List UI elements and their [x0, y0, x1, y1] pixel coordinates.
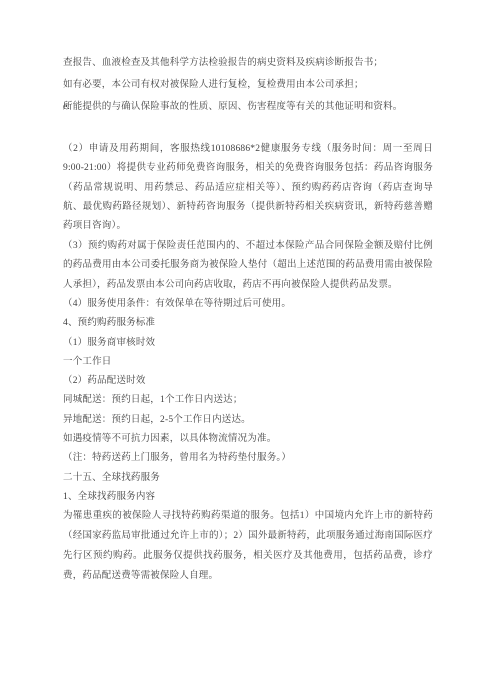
continuation-line-1: 查报告、血液检查及其他科学方法检验报告的病史资料及疾病诊断报告书；: [63, 52, 433, 74]
paragraph-global-drug-search-body: 为罹患重疾的被保险人寻找特药购药渠道的服务。包括1）中国境内允许上市的新特药（经…: [63, 507, 433, 586]
service-standard-line-same-city-delivery: 同城配送：预约日起，1个工作日内送达；: [63, 391, 433, 410]
service-standard-line-review-time: （1）服务商审核时效: [63, 334, 433, 353]
list-item-e-marker: e.: [63, 96, 70, 118]
continuation-line-2: 如有必要，本公司有权对被保险人进行复检，复检费用由本公司承担；: [63, 74, 433, 96]
heading-global-drug-search-service: 二十五、全球找药服务: [63, 469, 433, 488]
list-item-e: e. 所能提供的与确认保险事故的性质、原因、伤害程度等有关的其他证明和资料。: [63, 96, 433, 140]
heading-reserved-drug-purchase-standard: 4、预约购药服务标准: [63, 314, 433, 333]
paragraph-item-4-usage-condition: （4）服务使用条件：有效保单在等待期过后可使用。: [63, 295, 433, 314]
service-standard-line-delivery-time: （2）药品配送时效: [63, 372, 433, 391]
service-standard-line-force-majeure: 如遇疫情等不可抗力因素，以具体物流情况为准。: [63, 430, 433, 449]
service-standard-line-one-workday: 一个工作日: [63, 353, 433, 372]
service-standard-line-note: （注：特药送药上门服务，曾用名为特药垫付服务。）: [63, 449, 433, 468]
paragraph-item-3-advance-payment: （3）预约购药对属于保险责任范围内的、不超过本保险产品合同保险金额及赔付比例的药…: [63, 237, 433, 295]
list-item-e-text: 所能提供的与确认保险事故的性质、原因、伤害程度等有关的其他证明和资料。: [63, 102, 403, 112]
document-body: 查报告、血液检查及其他科学方法检验报告的病史资料及疾病诊断报告书； 如有必要，本…: [63, 52, 433, 586]
document-page: 查报告、血液检查及其他科学方法检验报告的病史资料及疾病诊断报告书； 如有必要，本…: [0, 0, 495, 700]
subheading-global-drug-search-content: 1、全球找药服务内容: [63, 488, 433, 507]
paragraph-item-2-medication-consultation: （2）申请及用药期间，客服热线10108686*2健康服务专线（服务时间：周一至…: [63, 140, 433, 237]
service-standard-line-remote-delivery: 异地配送：预约日起，2-5个工作日内送达。: [63, 411, 433, 430]
